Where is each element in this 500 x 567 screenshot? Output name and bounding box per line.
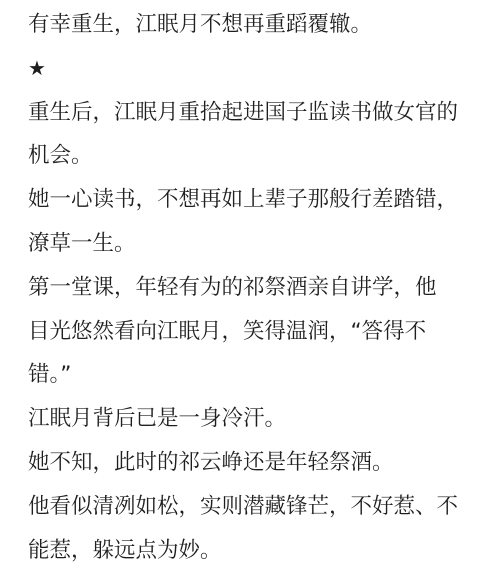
star-icon: ★	[28, 47, 478, 91]
paragraph: 重生后，江眠月重拾起进国子监读书做女官的 机会。	[28, 91, 478, 179]
text-line: 错。”	[28, 353, 478, 397]
paragraph-intro: 有幸重生，江眠月不想再重蹈覆辙。	[28, 3, 478, 47]
paragraph: 他看似清冽如松，实则潜藏锋芒，不好惹、不 能惹，躲远点为妙。	[28, 485, 478, 567]
text-line: 目光悠然看向江眠月，笑得温润，“答得不	[28, 310, 478, 354]
text-line: 机会。	[28, 134, 478, 178]
paragraph: 她不知，此时的祁云峥还是年轻祭酒。	[28, 441, 478, 485]
text-line: 能惹，躲远点为妙。	[28, 529, 478, 567]
section-separator: ★	[28, 47, 478, 91]
text-line: 第一堂课，年轻有为的祁祭酒亲自讲学，他	[28, 266, 478, 310]
document-body: 有幸重生，江眠月不想再重蹈覆辙。 ★ 重生后，江眠月重拾起进国子监读书做女官的 …	[28, 3, 478, 567]
text-line: 重生后，江眠月重拾起进国子监读书做女官的	[28, 91, 478, 135]
paragraph: 她一心读书，不想再如上辈子那般行差踏错， 潦草一生。	[28, 178, 478, 266]
text-line: 江眠月背后已是一身冷汗。	[28, 397, 478, 441]
text-line: 她不知，此时的祁云峥还是年轻祭酒。	[28, 441, 478, 485]
paragraph: 江眠月背后已是一身冷汗。	[28, 397, 478, 441]
text-line: 她一心读书，不想再如上辈子那般行差踏错，	[28, 178, 478, 222]
paragraph: 第一堂课，年轻有为的祁祭酒亲自讲学，他 目光悠然看向江眠月，笑得温润，“答得不 …	[28, 266, 478, 397]
text-line: 潦草一生。	[28, 222, 478, 266]
text-line: 有幸重生，江眠月不想再重蹈覆辙。	[28, 3, 478, 47]
text-line: 他看似清冽如松，实则潜藏锋芒，不好惹、不	[28, 485, 478, 529]
